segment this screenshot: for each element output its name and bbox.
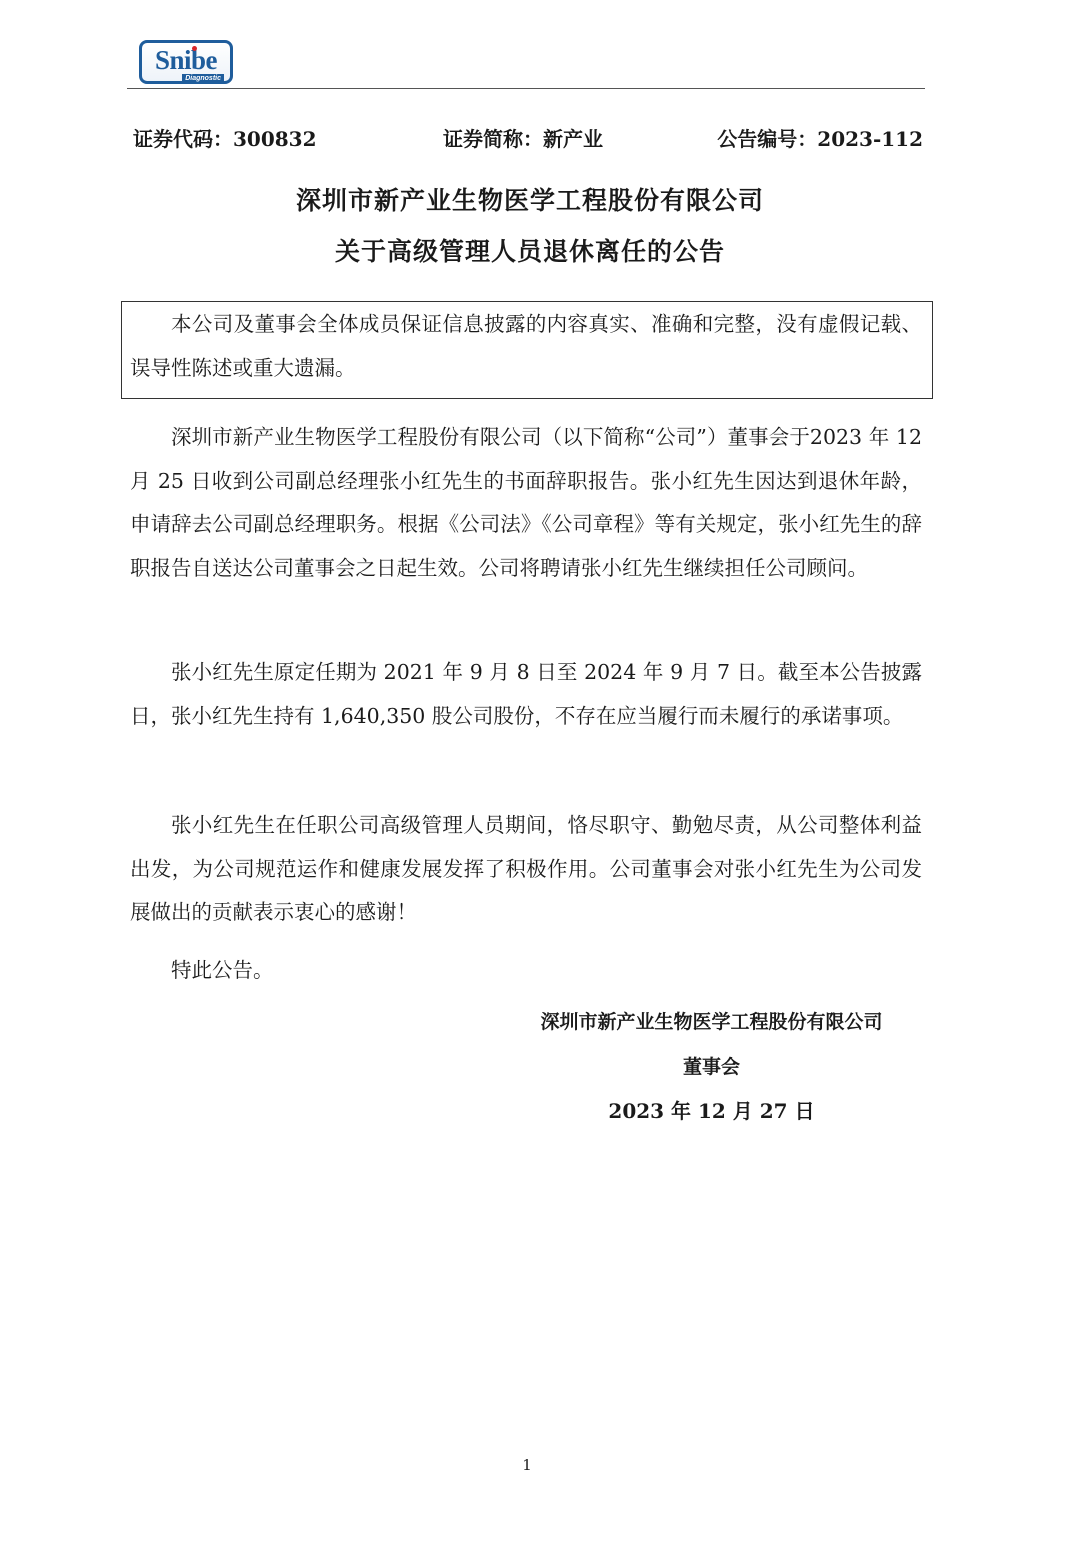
- document-meta-row: 证券代码：300832 证券简称：新产业 公告编号：2023-112: [133, 124, 923, 154]
- closing-statement: 特此公告。: [130, 949, 922, 993]
- logo-dot-icon: [192, 46, 197, 51]
- company-logo: Snibe Diagnostic: [139, 40, 233, 84]
- announcement-number: 公告编号：2023-112: [717, 124, 923, 154]
- signature-company: 深圳市新产业生物医学工程股份有限公司: [500, 1007, 923, 1037]
- body-paragraph-3: 张小红先生在任职公司高级管理人员期间，恪尽职守、勤勉尽责，从公司整体利益出发，为…: [130, 804, 922, 935]
- page-number: 1: [0, 1455, 1054, 1475]
- document-title-subject: 关于高级管理人员退休离任的公告: [120, 234, 940, 270]
- header-divider: [127, 88, 925, 89]
- document-title-company: 深圳市新产业生物医学工程股份有限公司: [120, 183, 940, 219]
- signature-date: 2023 年 12 月 27 日: [500, 1096, 923, 1126]
- logo-subtitle: Diagnostic: [182, 74, 224, 83]
- body-paragraph-2: 张小红先生原定任期为 2021 年 9 月 8 日至 2024 年 9 月 7 …: [130, 651, 922, 738]
- security-abbreviation: 证券简称：新产业: [443, 124, 603, 154]
- logo-brand-text: Snibe: [142, 45, 230, 75]
- signature-board: 董事会: [500, 1052, 923, 1082]
- security-code: 证券代码：300832: [133, 124, 317, 154]
- body-paragraph-1: 深圳市新产业生物医学工程股份有限公司（以下简称“公司”）董事会于2023 年 1…: [130, 416, 922, 590]
- disclaimer-text: 本公司及董事会全体成员保证信息披露的内容真实、准确和完整，没有虚假记载、误导性陈…: [130, 303, 922, 390]
